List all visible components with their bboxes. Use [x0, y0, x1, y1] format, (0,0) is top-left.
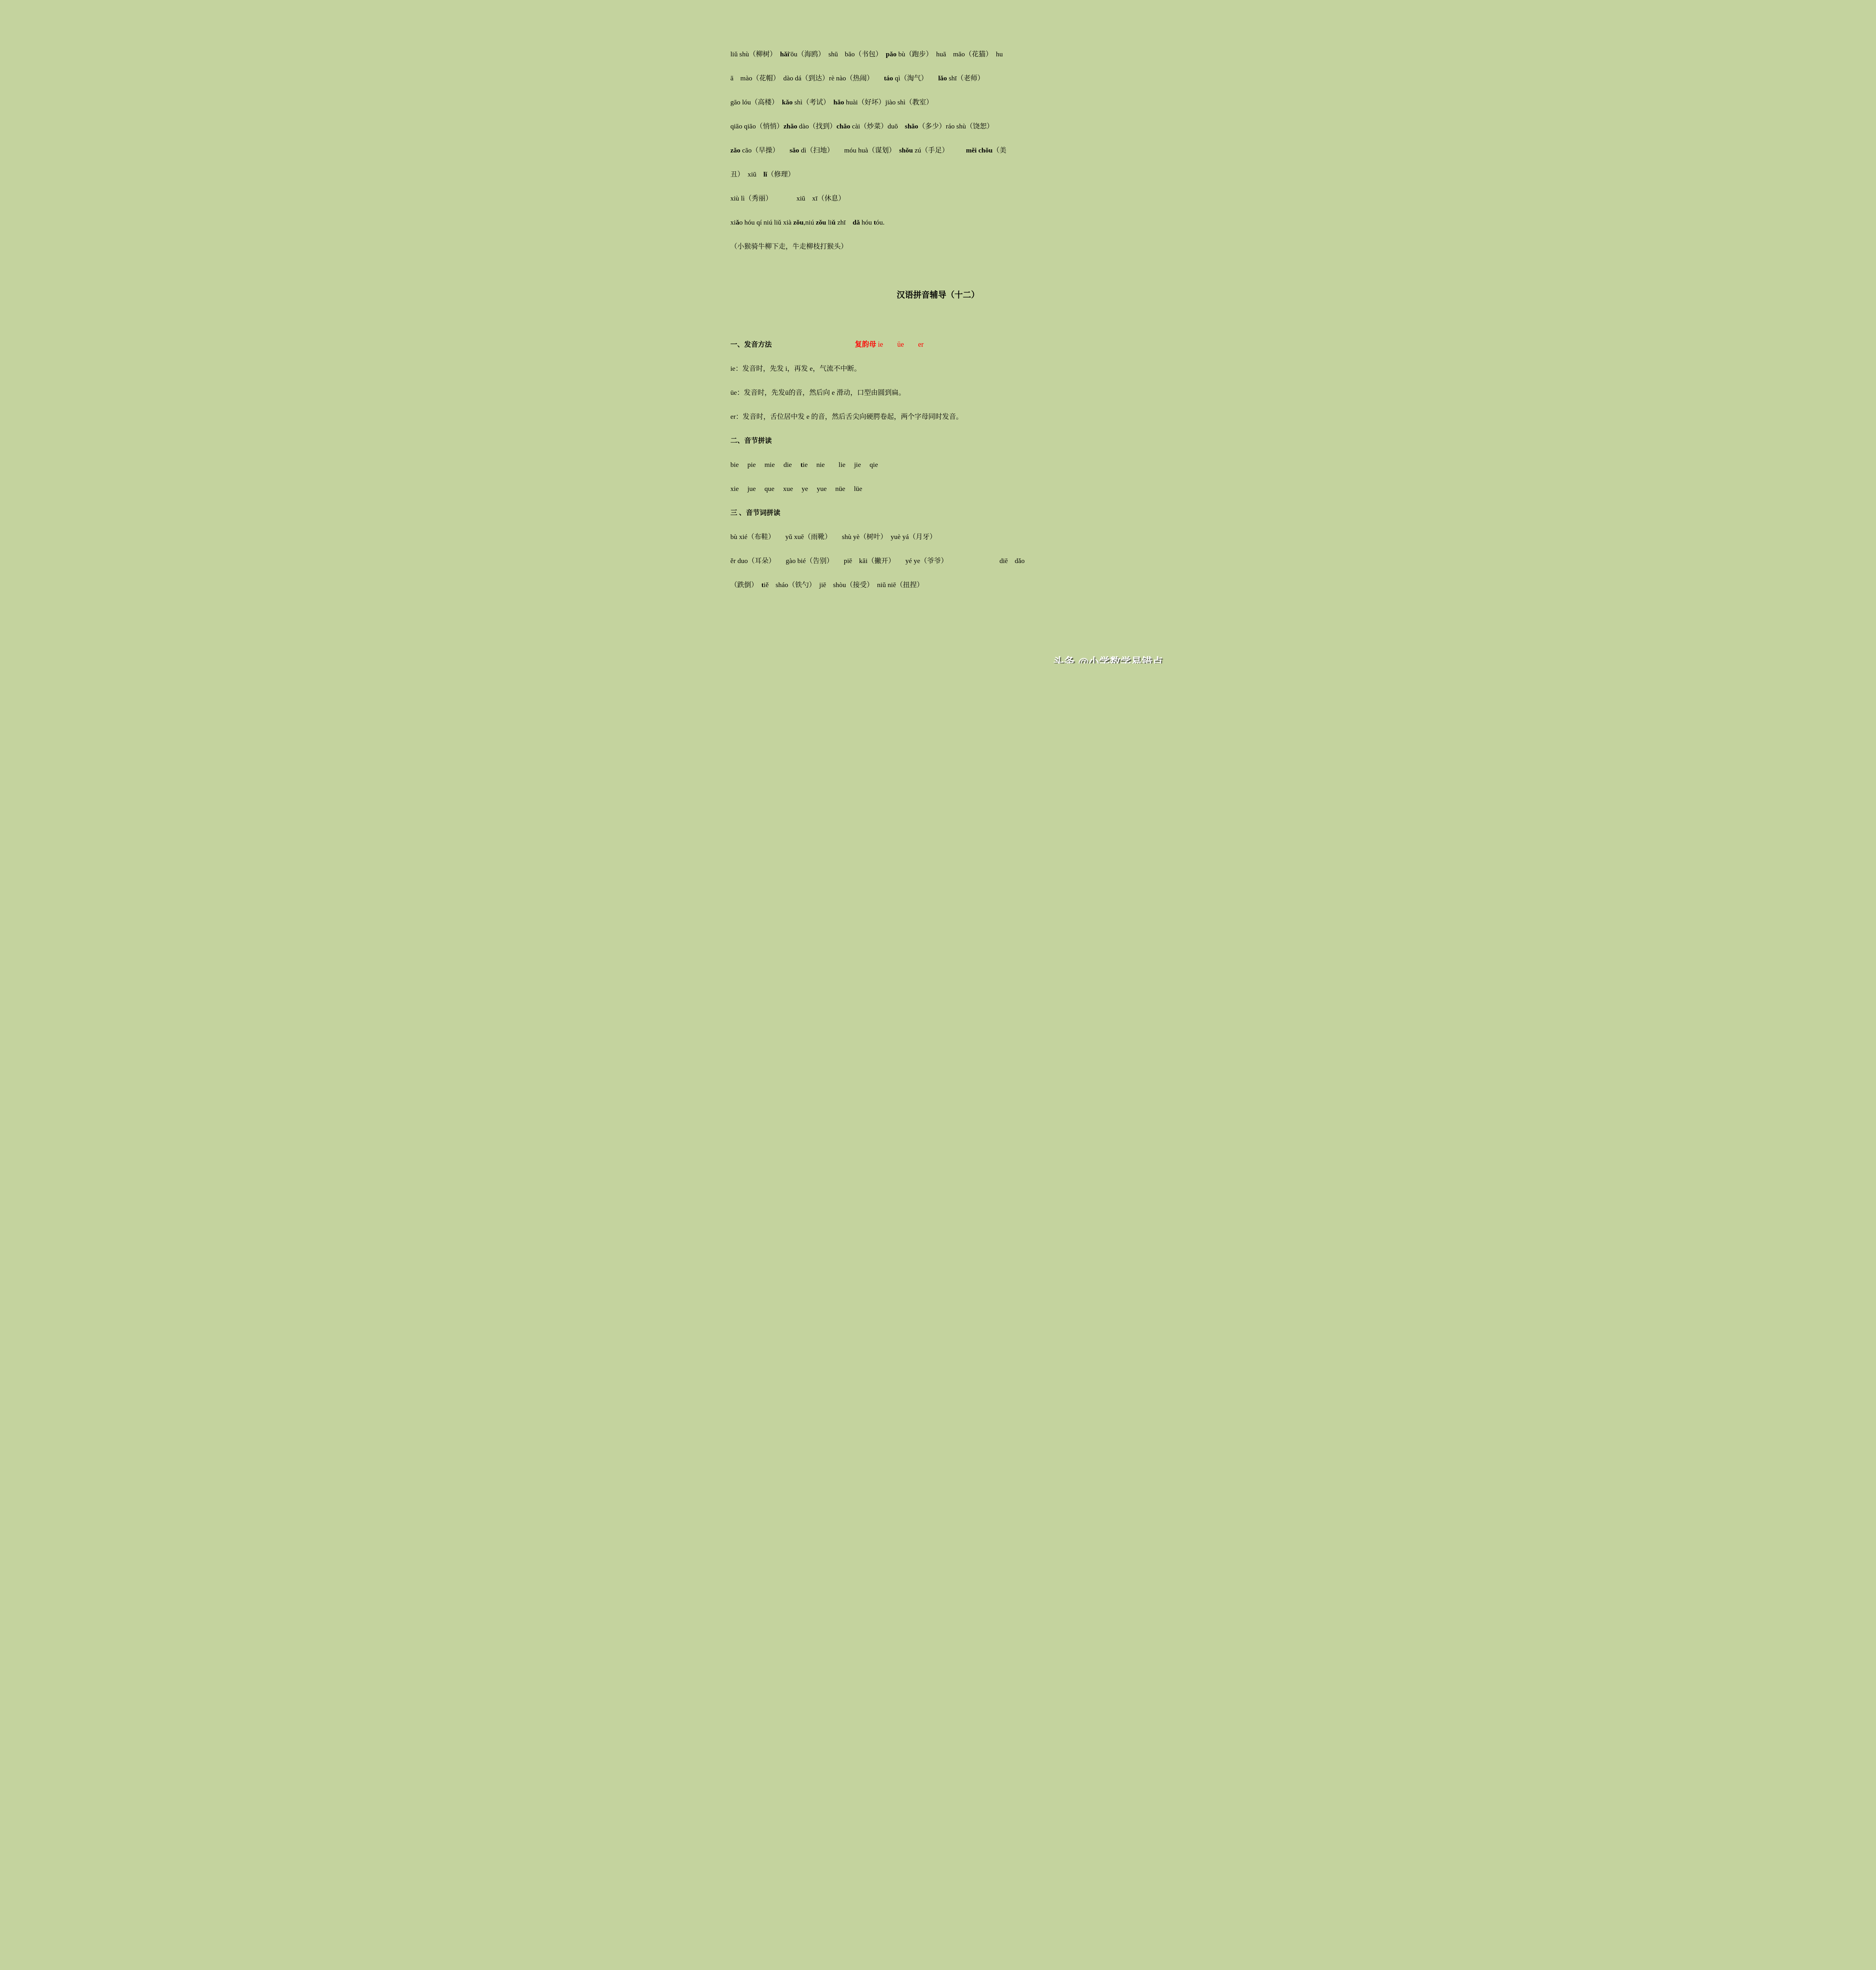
pinyin-review-line: xiù lì（秀丽） xiū xī（休息）: [704, 186, 1172, 210]
watermark-handle: @小学数学易错点: [1078, 656, 1163, 663]
pinyin-review-line: zǎo cāo（早操） sǎo dì（扫地） móu huà（谋划） shǒu …: [704, 138, 1172, 162]
lesson-title: 汉语拼音辅导（十二）: [704, 281, 1172, 309]
pinyin-review-line: 丑） xiū lǐ（修理）: [704, 162, 1172, 186]
section-word-reading: 三 、音节词拼读 bù xié（布鞋） yǔ xuē（雨靴） shù yè（树叶…: [704, 501, 1172, 597]
pinyin-review-line: ā mào（花帽） dào dá（到达）rè nào（热闹） táo qì（淘气…: [704, 66, 1172, 90]
section-heading: 三 、音节词拼读: [704, 501, 1172, 525]
tongue-twister-translation-line: （小猴骑牛柳下走，牛走柳枝打猴头）: [704, 234, 1172, 258]
pinyin-review-line: qiāo qiāo（悄悄）zhǎo dào（找到）chǎo cài（炒菜）duō…: [704, 114, 1172, 138]
syllable-row: xie jue que xue ye yue nüe lüe: [704, 477, 1172, 501]
word-row: ěr duo（耳朵） gào bié（告别） piē kāi（撇开） yé ye…: [704, 549, 1172, 573]
pinyin-tongue-twister-line: xiǎo hóu qí niú liǔ xià zǒu,niú zǒu liǔ …: [704, 210, 1172, 234]
section-pronunciation-method: 一、发音方法 ie：发音时，先发 i，再发 e，气流不中断。 üe：发音时，先发…: [704, 333, 1172, 429]
watermark: 头条@小学数学易错点: [1042, 641, 1163, 663]
watermark-brand-logo: 头条: [1053, 656, 1075, 663]
worksheet-page: liǔ shù（柳树） hǎi'ōu（海鸥） shū bāo（书包） pǎo b…: [704, 0, 1172, 663]
pronunciation-rule-er: er：发音时，舌位居中发 e 的音，然后舌尖向硬腭卷起，两个字母同时发音。: [704, 405, 1172, 429]
subtitle-label: 复韵母: [855, 340, 876, 348]
section-syllable-reading: 二、音节拼读 bie pie mie die tie nie lie jie q…: [704, 429, 1172, 501]
lesson-subtitle: 复韵母 ie üe er: [704, 309, 1172, 333]
pronunciation-rule-ue: üe：发音时，先发ü的音，然后向 e 滑动，口型由圆到扁。: [704, 381, 1172, 405]
syllable-row: bie pie mie die tie nie lie jie qie: [704, 453, 1172, 477]
pronunciation-rule-ie: ie：发音时，先发 i，再发 e，气流不中断。: [704, 357, 1172, 381]
pinyin-review-line: liǔ shù（柳树） hǎi'ōu（海鸥） shū bāo（书包） pǎo b…: [704, 42, 1172, 66]
word-row: bù xié（布鞋） yǔ xuē（雨靴） shù yè（树叶） yuè yá（…: [704, 525, 1172, 549]
section-heading: 二、音节拼读: [704, 429, 1172, 453]
section-heading: 一、发音方法: [704, 333, 1172, 357]
pinyin-review-section: liǔ shù（柳树） hǎi'ōu（海鸥） shū bāo（书包） pǎo b…: [704, 0, 1172, 258]
subtitle-vowels: ie üe er: [876, 340, 923, 348]
word-row: （跌倒） tiě sháo（铁勺） jiē shòu（接受） niǔ niē（扭…: [704, 573, 1172, 597]
pinyin-review-line: gāo lóu（高楼） kǎo shì（考试） hǎo huài（好坏）jiào…: [704, 90, 1172, 114]
